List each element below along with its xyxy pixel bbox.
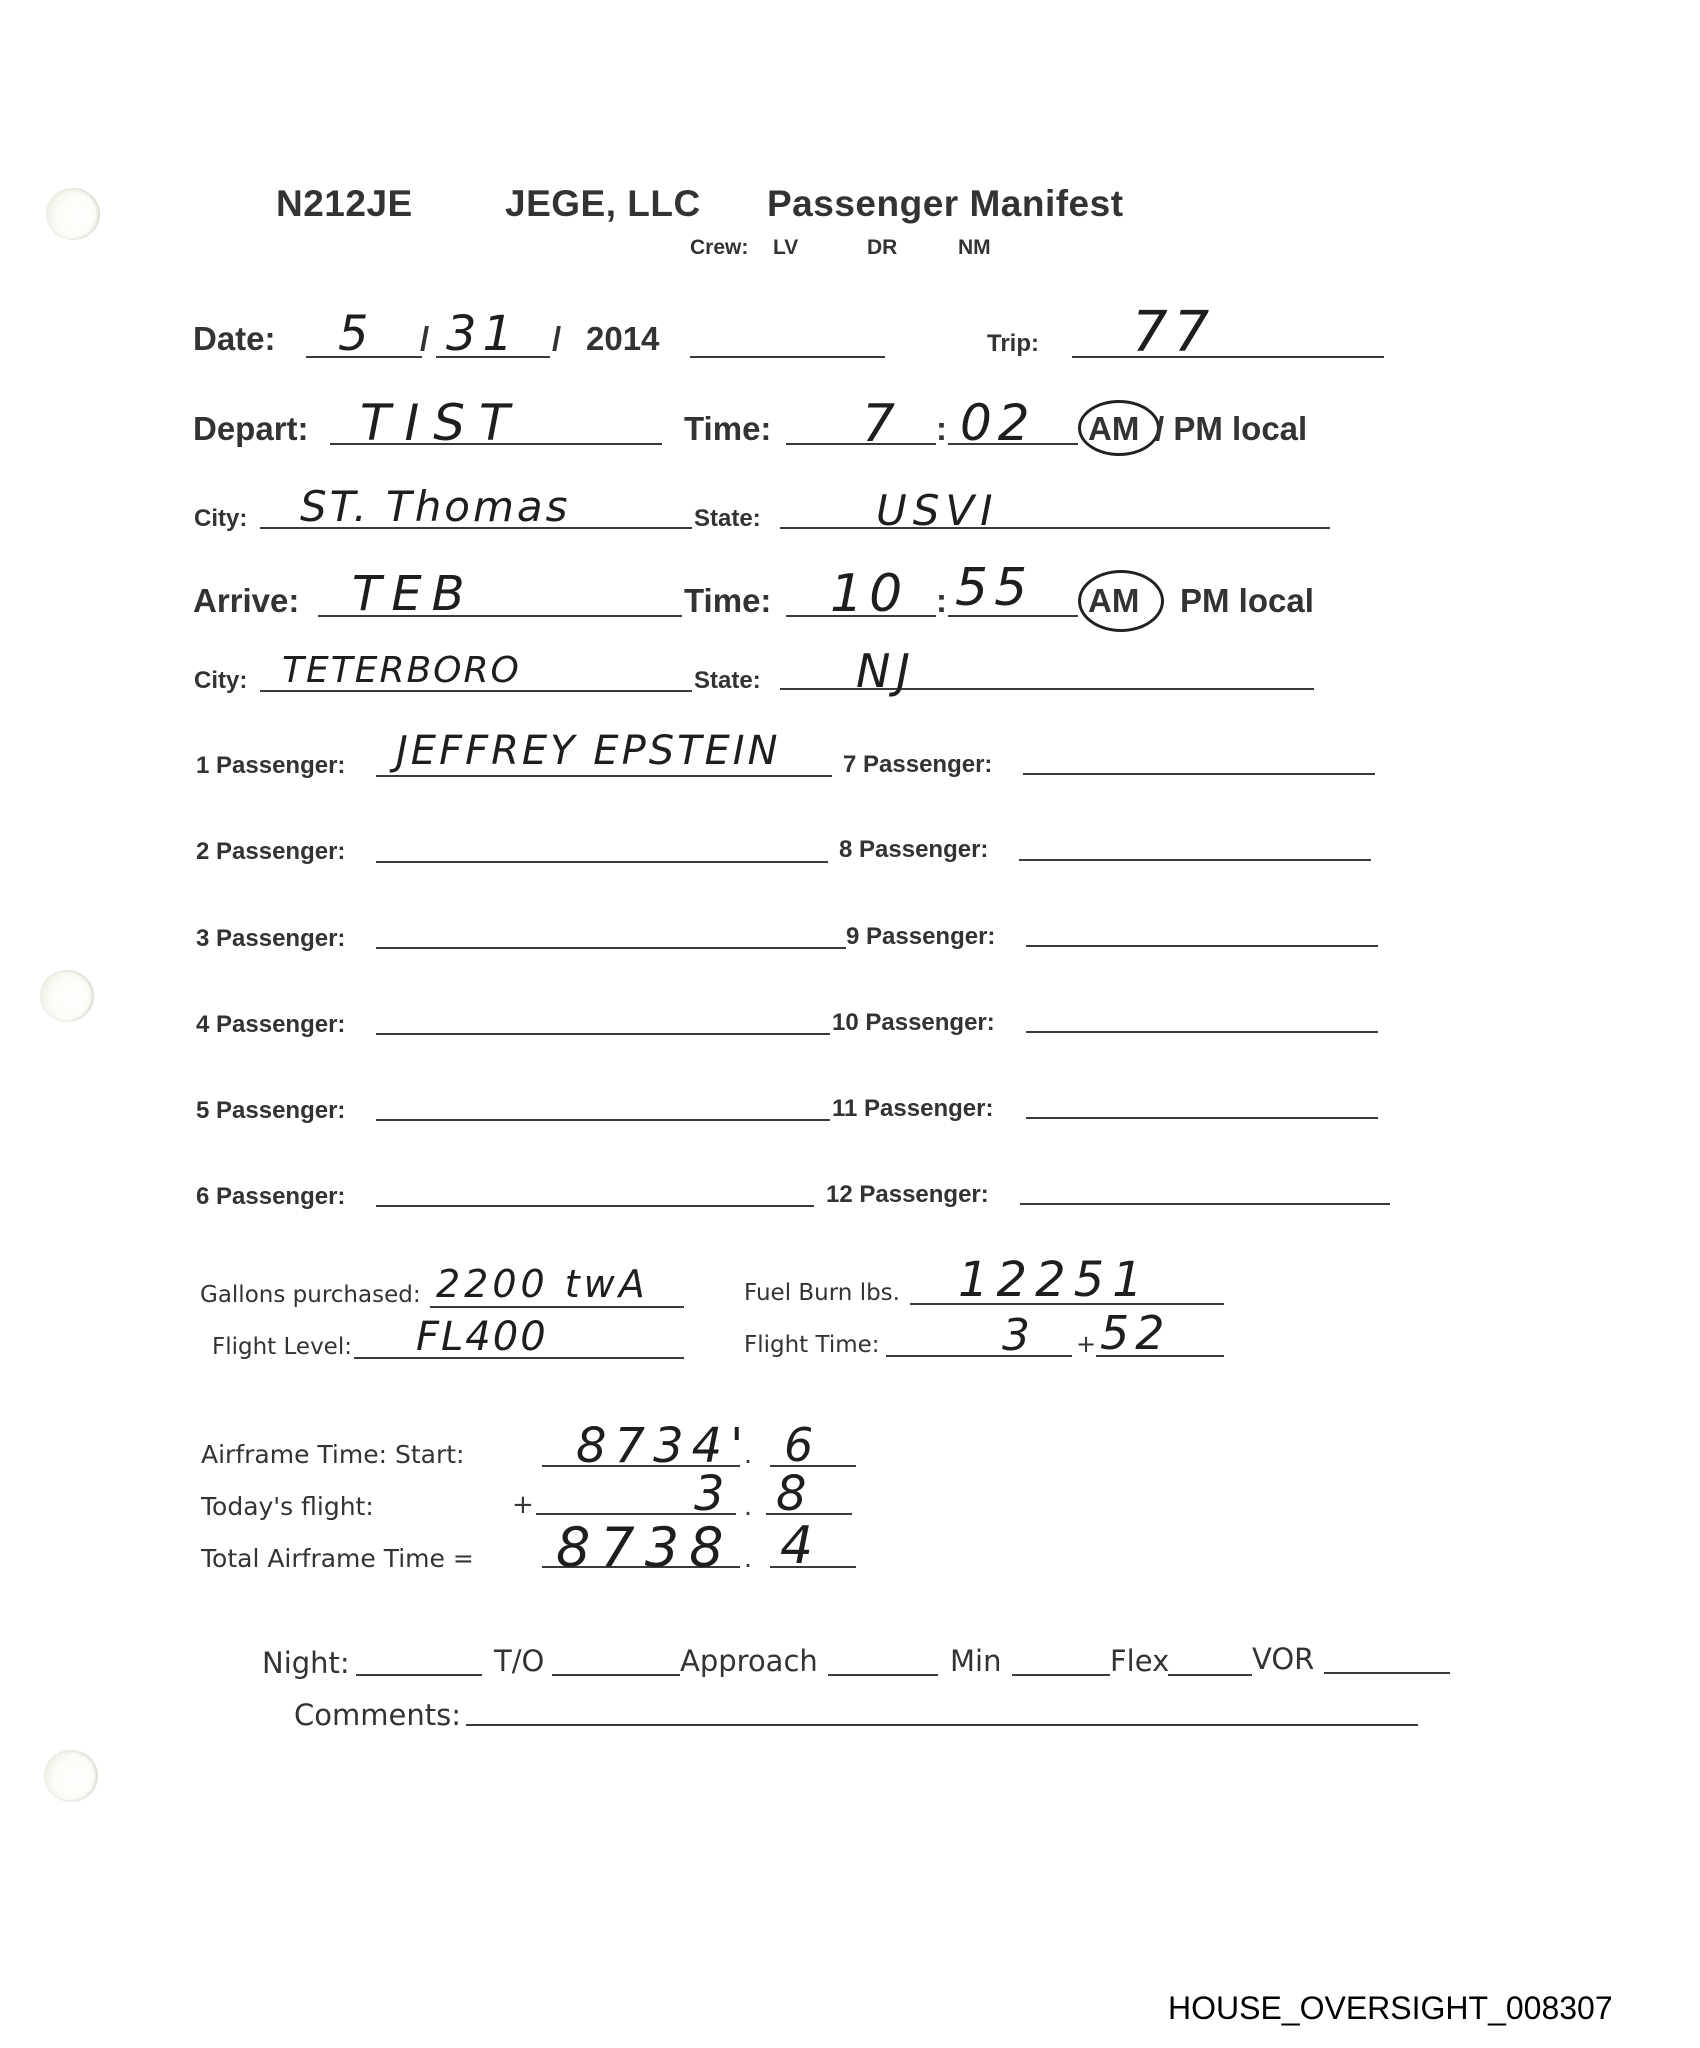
- depart-am-selected-circle: [1078, 400, 1160, 456]
- bates-number: HOUSE_OVERSIGHT_008307: [1168, 1990, 1613, 2027]
- arrive-state-field[interactable]: NJ: [856, 644, 916, 698]
- trip-label: Trip:: [987, 330, 1039, 358]
- todays-flight-label: Today's flight:: [201, 1492, 374, 1521]
- arrive-hour-field[interactable]: 10: [830, 564, 908, 624]
- depart-state-field[interactable]: USVI: [876, 486, 999, 535]
- crew-label: Crew:: [690, 236, 748, 260]
- date-sep-2: /: [552, 320, 561, 358]
- passenger-9-line: [1026, 945, 1378, 947]
- total-airframe-tenth-field[interactable]: 4: [780, 1516, 819, 1576]
- flight-time-minutes-field[interactable]: 52: [1100, 1306, 1171, 1360]
- depart-hour-line: [786, 443, 936, 445]
- depart-time-colon: :: [936, 410, 947, 448]
- flex-label: Flex: [1110, 1644, 1169, 1678]
- passenger-4-line: [376, 1033, 830, 1035]
- arrive-pm-option[interactable]: PM local: [1180, 582, 1314, 620]
- passenger-6-label: 6 Passenger:: [196, 1183, 345, 1211]
- company-name: JEGE, LLC: [505, 183, 701, 225]
- passenger-3-label: 3 Passenger:: [196, 925, 345, 953]
- passenger-12-label: 12 Passenger:: [826, 1181, 989, 1209]
- date-label: Date:: [193, 320, 276, 358]
- passenger-12-line: [1020, 1203, 1390, 1205]
- flex-line: [1168, 1674, 1252, 1676]
- punch-hole-middle: [40, 970, 94, 1022]
- todays-flight-plus: +: [512, 1490, 534, 1520]
- arrive-am-selected-circle: [1078, 570, 1164, 632]
- approach-line: [828, 1674, 938, 1676]
- arrive-city-field[interactable]: TETERBORO: [282, 650, 521, 691]
- passenger-1-line: [376, 775, 832, 777]
- depart-city-label: City:: [194, 505, 247, 533]
- passenger-8-label: 8 Passenger:: [839, 836, 988, 864]
- trip-line: [1072, 356, 1384, 358]
- passenger-4-label: 4 Passenger:: [196, 1011, 345, 1039]
- depart-minute-field[interactable]: 02: [960, 394, 1036, 452]
- takeoff-label: T/O: [494, 1644, 544, 1678]
- crew-member-1: LV: [773, 236, 798, 260]
- airframe-start-label: Airframe Time: Start:: [201, 1440, 464, 1469]
- passenger-10-line: [1026, 1031, 1378, 1033]
- depart-label: Depart:: [193, 410, 309, 448]
- date-sep-1: /: [420, 320, 429, 358]
- flight-level-field[interactable]: FL400: [416, 1314, 548, 1360]
- trip-field[interactable]: 77: [1132, 300, 1215, 365]
- passenger-1-label: 1 Passenger:: [196, 752, 345, 780]
- passenger-5-label: 5 Passenger:: [196, 1097, 345, 1125]
- night-line: [356, 1674, 482, 1676]
- arrive-airport-field[interactable]: TEB: [352, 566, 475, 622]
- flight-time-plus: +: [1076, 1330, 1096, 1358]
- crew-member-2: DR: [867, 236, 897, 260]
- arrive-city-label: City:: [194, 667, 247, 695]
- passenger-7-label: 7 Passenger:: [843, 751, 992, 779]
- arrive-label: Arrive:: [193, 582, 299, 620]
- passenger-7-line: [1023, 773, 1375, 775]
- gallons-line: [430, 1306, 684, 1308]
- depart-state-line: [780, 527, 1330, 529]
- total-airframe-dot: .: [744, 1544, 752, 1573]
- punch-hole-top: [46, 188, 100, 240]
- date-day-field[interactable]: 31: [446, 306, 519, 362]
- depart-pm-option[interactable]: / PM local: [1155, 410, 1307, 448]
- passenger-6-line: [376, 1205, 814, 1207]
- gallons-label: Gallons purchased:: [200, 1282, 421, 1308]
- flight-time-hours-line: [886, 1355, 1072, 1357]
- tail-number: N212JE: [276, 183, 413, 225]
- todays-flight-tenth-field[interactable]: 8: [776, 1466, 813, 1522]
- todays-flight-dot: .: [744, 1492, 752, 1521]
- approach-label: Approach: [680, 1644, 818, 1678]
- punch-hole-bottom: [44, 1750, 98, 1802]
- total-airframe-label: Total Airframe Time =: [201, 1544, 474, 1573]
- fuel-burn-label: Fuel Burn lbs.: [744, 1280, 900, 1306]
- passenger-11-line: [1026, 1117, 1378, 1119]
- vor-label: VOR: [1252, 1642, 1314, 1676]
- gallons-field[interactable]: 2200 twA: [436, 1262, 649, 1306]
- passenger-5-line: [376, 1119, 830, 1121]
- passenger-8-line: [1019, 859, 1371, 861]
- arrive-minute-field[interactable]: 55: [955, 558, 1033, 618]
- fuel-burn-field[interactable]: 12251: [958, 1252, 1151, 1308]
- arrive-state-label: State:: [694, 667, 761, 695]
- form-title: Passenger Manifest: [767, 183, 1124, 225]
- passenger-9-label: 9 Passenger:: [846, 923, 995, 951]
- passenger-2-label: 2 Passenger:: [196, 838, 345, 866]
- arrive-time-label: Time:: [684, 582, 771, 620]
- total-airframe-whole-field[interactable]: 8738: [556, 1516, 733, 1579]
- airframe-start-dot: .: [744, 1440, 752, 1469]
- passenger-11-label: 11 Passenger:: [832, 1095, 993, 1123]
- vor-line: [1324, 1672, 1450, 1674]
- passenger-2-line: [376, 861, 828, 863]
- min-line: [1012, 1674, 1110, 1676]
- comments-line: [466, 1724, 1418, 1726]
- takeoff-line: [552, 1674, 680, 1676]
- passenger-1-field[interactable]: JEFFREY EPSTEIN: [396, 728, 781, 774]
- crew-member-3: NM: [958, 236, 991, 260]
- date-month-field[interactable]: 5: [338, 306, 375, 362]
- depart-city-field[interactable]: ST. Thomas: [300, 482, 571, 531]
- arrive-time-colon: :: [936, 582, 947, 620]
- todays-flight-whole-field[interactable]: 3: [694, 1466, 731, 1522]
- flight-time-hours-field[interactable]: 3: [1002, 1310, 1036, 1361]
- depart-airport-field[interactable]: TIST: [360, 394, 524, 452]
- depart-state-label: State:: [694, 505, 761, 533]
- night-label: Night:: [262, 1646, 350, 1680]
- date-year: 2014: [586, 320, 659, 358]
- flight-level-label: Flight Level:: [212, 1334, 352, 1360]
- depart-hour-field[interactable]: 7: [862, 394, 901, 454]
- flight-time-label: Flight Time:: [744, 1332, 880, 1358]
- min-label: Min: [950, 1644, 1001, 1678]
- comments-label: Comments:: [294, 1698, 461, 1732]
- date-year-line: [690, 356, 885, 358]
- passenger-3-line: [376, 947, 846, 949]
- depart-time-label: Time:: [684, 410, 771, 448]
- passenger-10-label: 10 Passenger:: [832, 1009, 995, 1037]
- airframe-start-tenth-field[interactable]: 6: [784, 1418, 819, 1472]
